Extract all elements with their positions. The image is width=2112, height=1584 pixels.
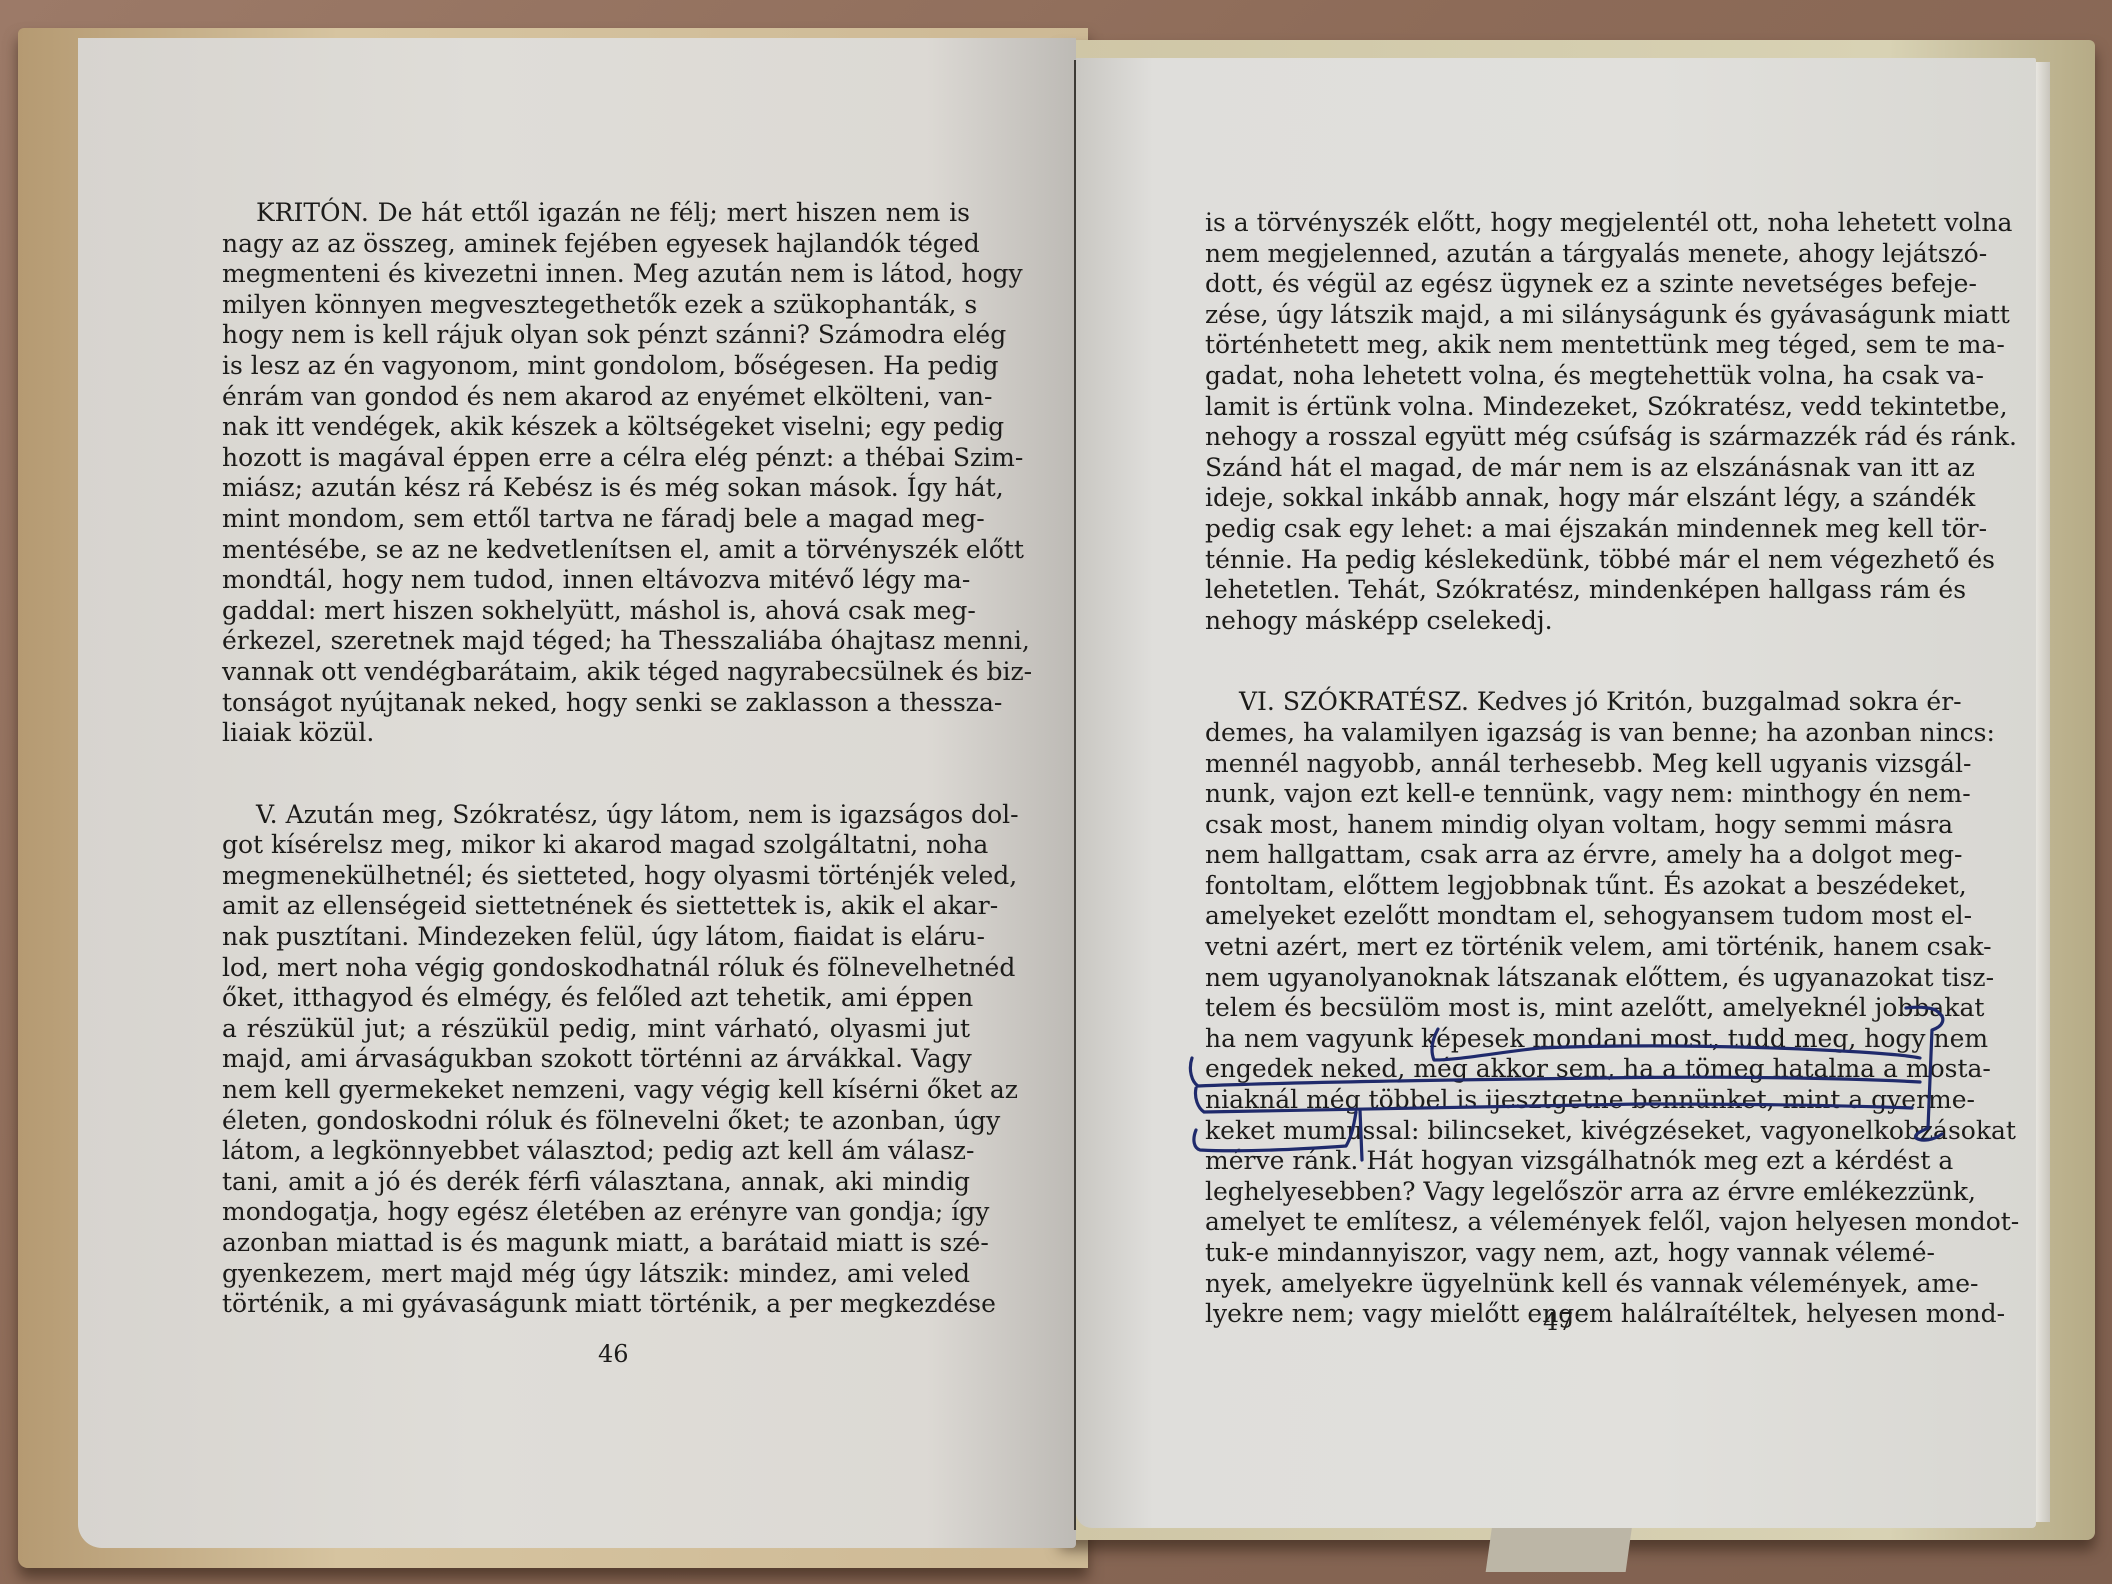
text-line: hozott is magával éppen erre a célra elé… xyxy=(222,443,970,474)
book-gutter xyxy=(1074,60,1076,1530)
text-line: got kísérelsz meg, mikor ki akarod magad… xyxy=(222,830,970,861)
paragraph-gap xyxy=(222,749,970,800)
text-line: tani, amit a jó és derék férfi választan… xyxy=(222,1167,970,1198)
text-line: vannak ott vendégbarátaim, akik téged na… xyxy=(222,657,970,688)
paragraph-gap xyxy=(1205,636,1912,687)
text-line: lehetetlen. Tehát, Szókratész, mindenkép… xyxy=(1205,575,1912,606)
text-line: demes, ha valamilyen igazság is van benn… xyxy=(1205,718,1912,749)
text-line: miász; azután kész rá Kebész is és még s… xyxy=(222,473,970,504)
text-line: amelyet te említesz, a vélemények felől,… xyxy=(1205,1207,1912,1238)
text-line: megmenekülhetnél; és sietteted, hogy oly… xyxy=(222,861,970,892)
text-line: nagy az az összeg, aminek fejében egyese… xyxy=(222,229,970,260)
text-line: érkezel, szeretnek majd téged; ha Thessz… xyxy=(222,626,970,657)
text-line: énrám van gondod és nem akarod az enyéme… xyxy=(222,382,970,413)
paragraph-v: V. Azután meg, Szókratész, úgy látom, ne… xyxy=(222,800,970,1320)
text-line: KRITÓN. De hát ettől igazán ne félj; mer… xyxy=(222,198,970,229)
text-line: nunk, vajon ezt kell-e tennünk, vagy nem… xyxy=(1205,779,1912,810)
page-stack-edge xyxy=(2036,62,2050,1522)
text-line: vetni azért, mert ez történik velem, ami… xyxy=(1205,932,1912,963)
text-line: pedig csak egy lehet: a mai éjszakán min… xyxy=(1205,514,1912,545)
text-line: niaknál még többel is ijesztgetne bennün… xyxy=(1205,1085,1912,1116)
text-line: milyen könnyen megvesztegethetők ezek a … xyxy=(222,290,970,321)
text-line: gaddal: mert hiszen sokhelyütt, máshol i… xyxy=(222,596,970,627)
text-line: VI. SZÓKRATÉSZ. Kedves jó Kritón, buzgal… xyxy=(1205,687,1912,718)
text-line: tuk-e mindannyiszor, vagy nem, azt, hogy… xyxy=(1205,1238,1912,1269)
text-line: nehogy a rosszal együtt még csúfság is s… xyxy=(1205,422,1912,453)
text-line: ha nem vagyunk képesek mondani most, tud… xyxy=(1205,1024,1912,1055)
text-line: amit az ellenségeid siettetnének és siet… xyxy=(222,891,970,922)
paragraph-continuation: is a törvényszék előtt, hogy megjelentél… xyxy=(1205,208,1912,636)
text-line: látom, a legkönnyebbet választod; pedig … xyxy=(222,1136,970,1167)
right-page-text: is a törvényszék előtt, hogy megjelentél… xyxy=(1205,208,1912,1330)
text-line: zése, úgy látszik majd, a mi silányságun… xyxy=(1205,300,1912,331)
text-line: mondtál, hogy nem tudod, innen eltávozva… xyxy=(222,565,970,596)
page-number-left: 46 xyxy=(598,1340,629,1368)
text-line: a részükül jut; a részükül pedig, mint v… xyxy=(222,1014,970,1045)
text-line: hogy nem is kell rájuk olyan sok pénzt s… xyxy=(222,320,970,351)
text-line: történik, a mi gyávaságunk miatt történi… xyxy=(222,1289,970,1320)
text-line: ideje, sokkal inkább annak, hogy már els… xyxy=(1205,483,1912,514)
text-line: őket, itthagyod és elmégy, és felőled az… xyxy=(222,983,970,1014)
text-line: is a törvényszék előtt, hogy megjelentél… xyxy=(1205,208,1912,239)
text-line: tonságot nyújtanak neked, hogy senki se … xyxy=(222,688,970,719)
text-line: csak most, hanem mindig olyan voltam, ho… xyxy=(1205,810,1912,841)
text-line: mentésébe, se az ne kedvetlenítsen el, a… xyxy=(222,535,970,566)
text-line: lamit is értünk volna. Mindezeket, Szókr… xyxy=(1205,392,1912,423)
left-page-text: KRITÓN. De hát ettől igazán ne félj; mer… xyxy=(222,198,970,1320)
text-line: nem hallgattam, csak arra az érvre, amel… xyxy=(1205,840,1912,871)
text-line: történhetett meg, akik nem mentettünk me… xyxy=(1205,330,1912,361)
page-number-right: 47 xyxy=(1543,1308,1574,1336)
text-line: nak pusztítani. Mindezeken felül, úgy lá… xyxy=(222,922,970,953)
text-line: fontoltam, előttem legjobbnak tűnt. És a… xyxy=(1205,871,1912,902)
text-line: is lesz az én vagyonom, mint gondolom, b… xyxy=(222,351,970,382)
text-line: amelyeket ezelőtt mondtam el, sehogyanse… xyxy=(1205,901,1912,932)
text-line: keket mumussal: bilincseket, kivégzéseke… xyxy=(1205,1116,1912,1147)
text-line: nem megjelenned, azután a tárgyalás mene… xyxy=(1205,239,1912,270)
paragraph-vi: VI. SZÓKRATÉSZ. Kedves jó Kritón, buzgal… xyxy=(1205,687,1912,1329)
text-line: mondogatja, hogy egész életében az erény… xyxy=(222,1197,970,1228)
text-line: nem ugyanolyanoknak látszanak előttem, é… xyxy=(1205,963,1912,994)
text-line: V. Azután meg, Szókratész, úgy látom, ne… xyxy=(222,800,970,831)
text-line: mint mondom, sem ettől tartva ne fáradj … xyxy=(222,504,970,535)
text-line: azonban miattad is és magunk miatt, a ba… xyxy=(222,1228,970,1259)
text-line: nak itt vendégek, akik készek a költsége… xyxy=(222,412,970,443)
text-line: lod, mert noha végig gondoskodhatnál ról… xyxy=(222,953,970,984)
text-line: nehogy másképp cselekedj. xyxy=(1205,606,1912,637)
text-line: telem és becsülöm most is, mint azelőtt,… xyxy=(1205,993,1912,1024)
text-line: gyenkezem, mert majd még úgy látszik: mi… xyxy=(222,1259,970,1290)
text-line: majd, ami árvaságukban szokott történni … xyxy=(222,1044,970,1075)
text-line: nem kell gyermekeket nemzeni, vagy végig… xyxy=(222,1075,970,1106)
text-line: dott, és végül az egész ügynek ez a szin… xyxy=(1205,269,1912,300)
text-line: nyek, amelyekre ügyelnünk kell és vannak… xyxy=(1205,1269,1912,1300)
text-line: engedek neked, még akkor sem, ha a tömeg… xyxy=(1205,1054,1912,1085)
text-line: mennél nagyobb, annál terhesebb. Meg kel… xyxy=(1205,749,1912,780)
text-line: liaiak közül. xyxy=(222,718,970,749)
text-line: mérve ránk. Hát hogyan vizsgálhatnók meg… xyxy=(1205,1146,1912,1177)
text-line: leghelyesebben? Vagy legelőször arra az … xyxy=(1205,1177,1912,1208)
text-line: életen, gondoskodni róluk és fölnevelni … xyxy=(222,1106,970,1137)
text-line: megmenteni és kivezetni innen. Meg azutá… xyxy=(222,259,970,290)
text-line: gadat, noha lehetett volna, és megtehett… xyxy=(1205,361,1912,392)
text-line: Szánd hát el magad, de már nem is az els… xyxy=(1205,453,1912,484)
paragraph-kriton: KRITÓN. De hát ettől igazán ne félj; mer… xyxy=(222,198,970,749)
text-line: ténnie. Ha pedig késlekedünk, többé már … xyxy=(1205,545,1912,576)
